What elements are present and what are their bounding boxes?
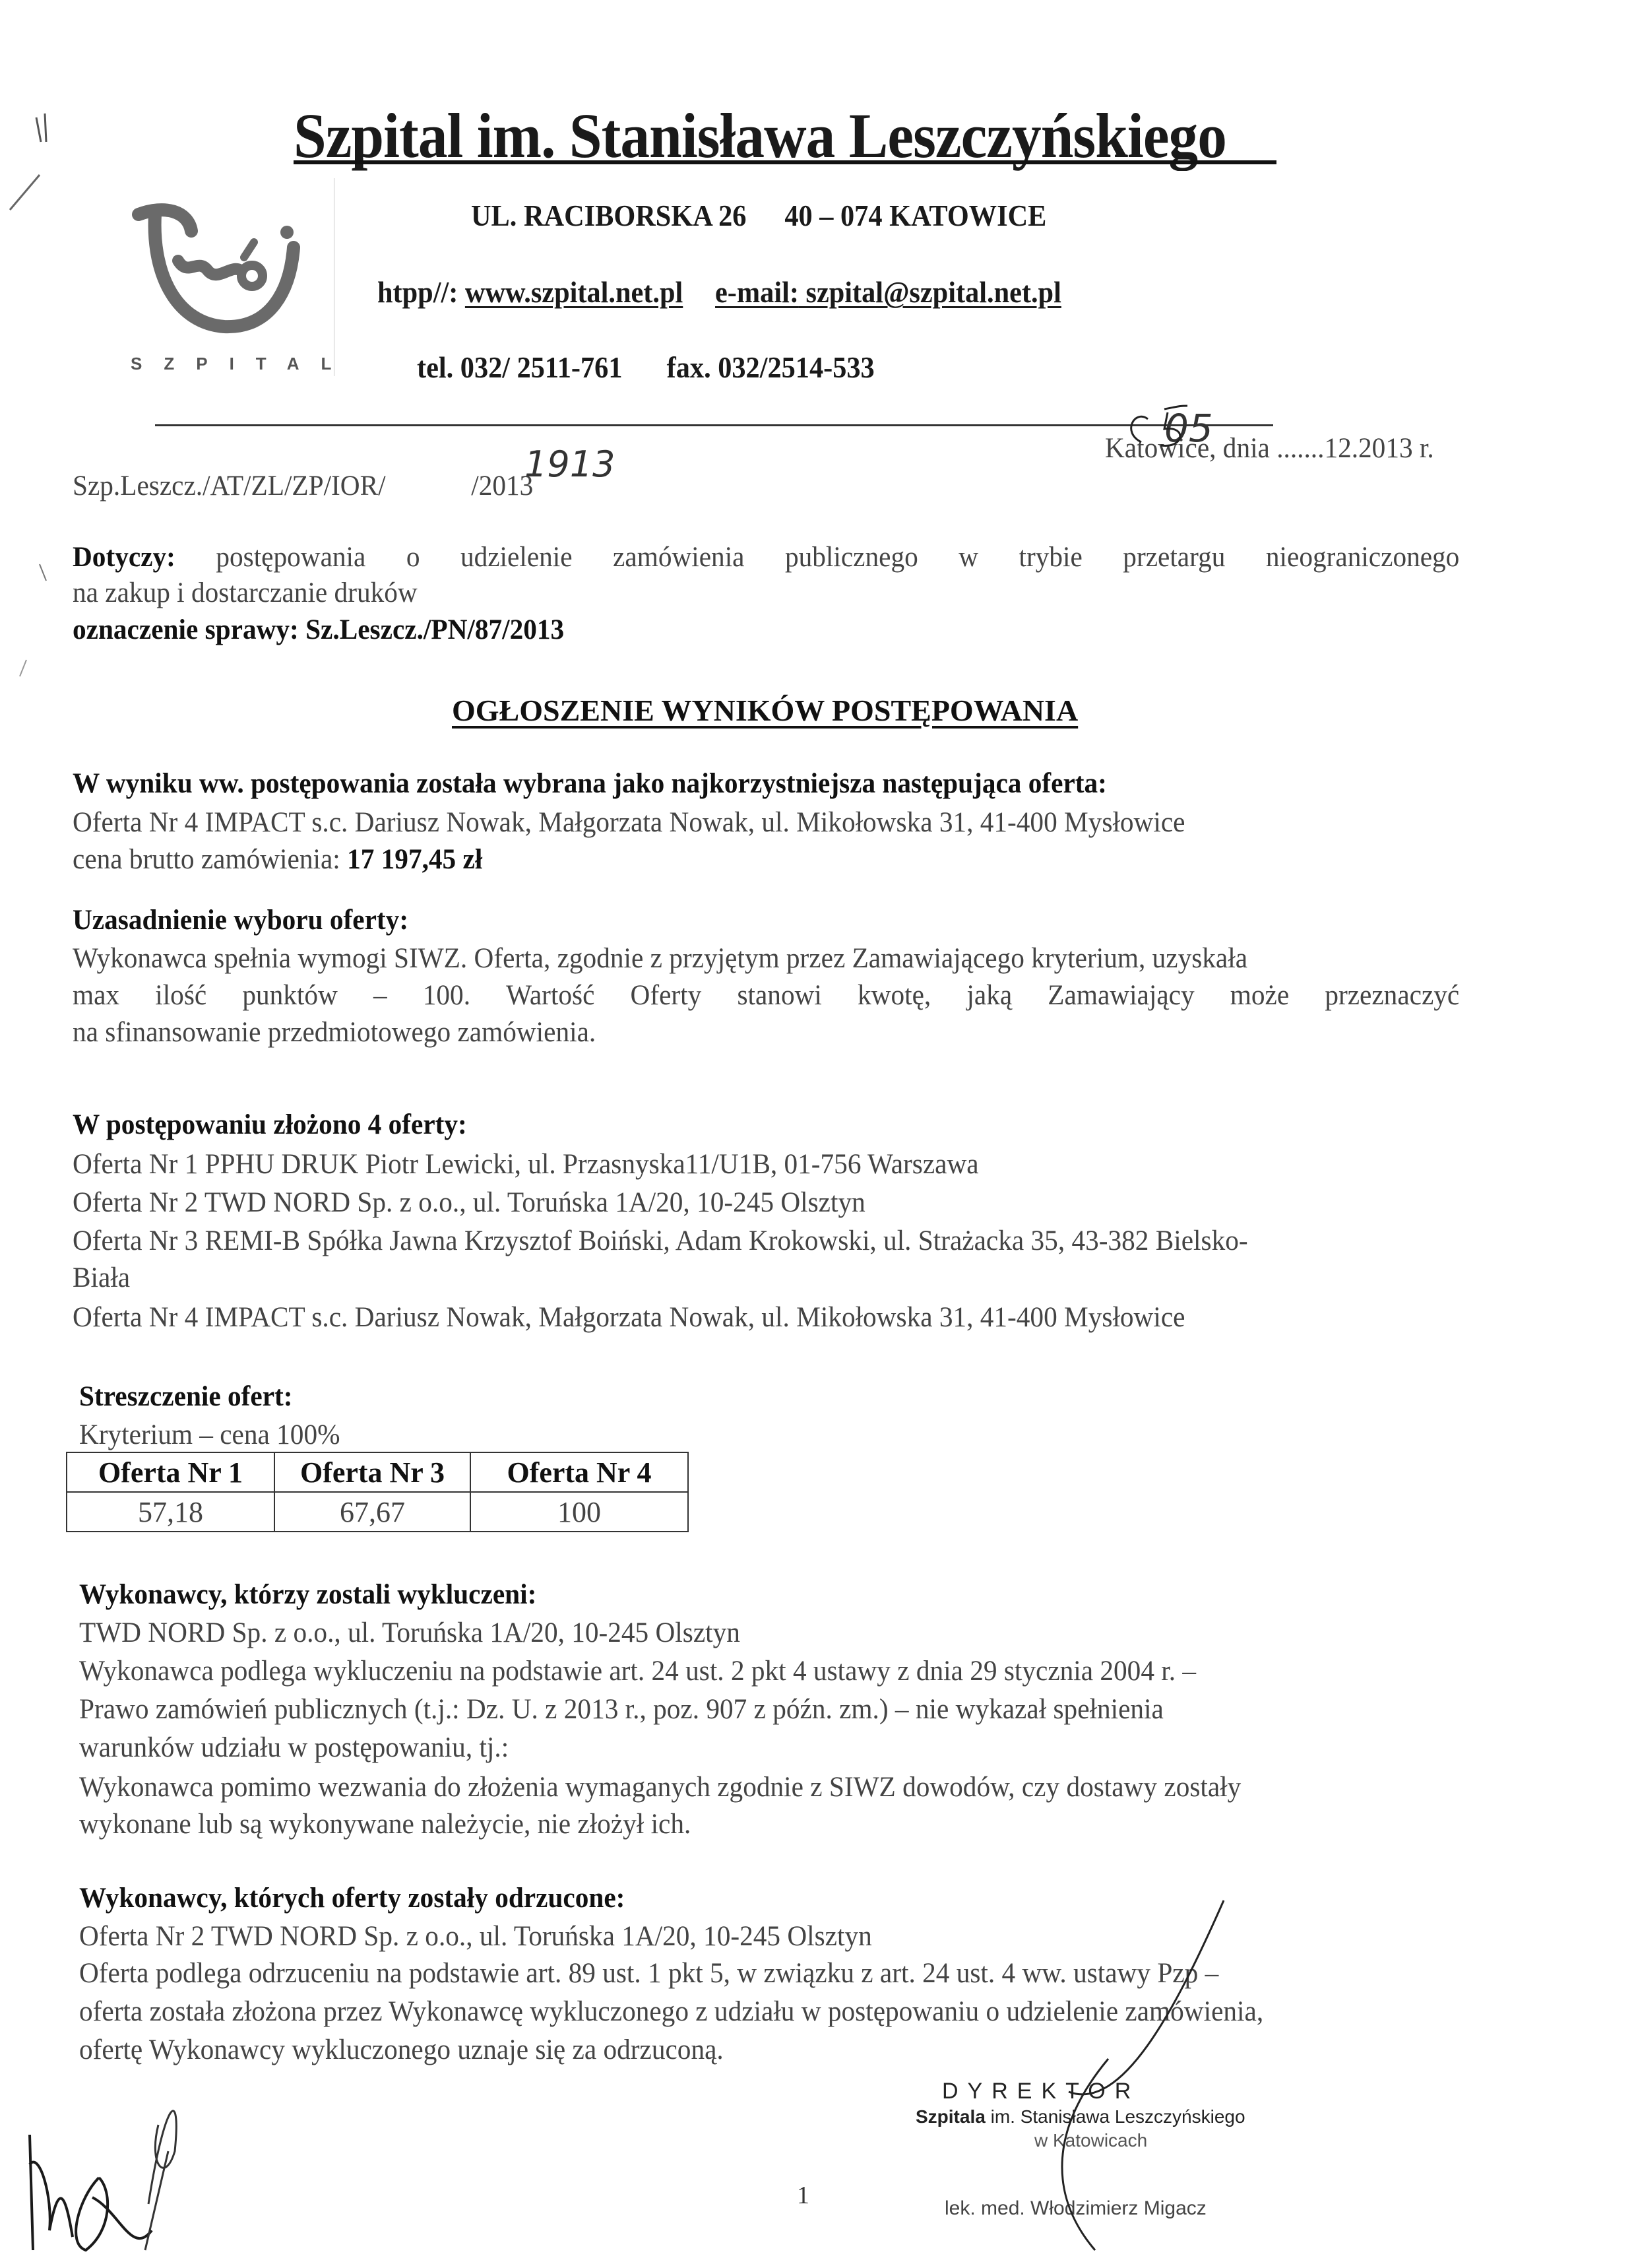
stamp-organization: Szpitala im. Stanisława Leszczyńskiego xyxy=(916,2106,1245,2127)
justification-word: Zamawiający xyxy=(1048,979,1194,1012)
case-label: oznaczenie sprawy: xyxy=(73,614,299,645)
scores-value-row: 57,18 67,67 100 xyxy=(67,1492,688,1532)
excluded-line-2: Prawo zamówień publicznych (t.j.: Dz. U.… xyxy=(79,1693,1164,1726)
date-suffix: 12.2013 r. xyxy=(1324,433,1433,464)
justification-word: jaką xyxy=(966,979,1012,1012)
excluded-company: TWD NORD Sp. z o.o., ul. Toruńska 1A/20,… xyxy=(79,1617,740,1649)
subject-line-1: Dotyczy: postępowaniaoudzieleniezamówien… xyxy=(73,541,1459,573)
justification-word: może xyxy=(1230,979,1289,1012)
justification-word: max xyxy=(73,979,119,1012)
rejected-heading: Wykonawcy, których oferty zostały odrzuc… xyxy=(79,1882,625,1914)
excluded-heading: Wykonawcy, którzy zostali wykluczeni: xyxy=(79,1578,536,1611)
header-rule xyxy=(155,424,1273,426)
justification-line-3: na sfinansowanie przedmiotowego zamówien… xyxy=(73,1016,596,1049)
fax-number: fax. 032/2514-533 xyxy=(667,350,875,384)
offer-item-3-cont: Biała xyxy=(73,1262,130,1294)
subject-word: przetargu xyxy=(1123,541,1225,573)
stamp-org-bold: Szpitala xyxy=(916,2106,986,2127)
subject-line-2: na zakup i dostarczanie druków xyxy=(73,577,418,609)
place-date: Katowice, dnia .......12.2013 r. xyxy=(1105,432,1434,465)
justification-word: – xyxy=(373,979,387,1012)
rejected-company: Oferta Nr 2 TWD NORD Sp. z o.o., ul. Tor… xyxy=(79,1920,872,1953)
rejected-line-3: ofertę Wykonawcy wykluczonego uznaje się… xyxy=(79,2034,724,2066)
contact-phone-line: tel. 032/ 2511-761 fax. 032/2514-533 xyxy=(417,350,875,385)
scores-header-cell: Oferta Nr 1 xyxy=(67,1452,274,1492)
stamp-title: DYREKTOR xyxy=(942,2079,1140,2104)
subject-word: udzielenie xyxy=(460,541,573,573)
excluded-line-4: Wykonawca pomimo wezwania do złożenia wy… xyxy=(79,1771,1241,1803)
scores-header-cell: Oferta Nr 4 xyxy=(470,1452,688,1492)
winner-offer: Oferta Nr 4 IMPACT s.c. Dariusz Nowak, M… xyxy=(73,806,1185,839)
logo-caption: SZPITAL xyxy=(131,354,353,374)
email-label: e-mail: xyxy=(715,275,799,309)
email-link[interactable]: szpital@szpital.net.pl xyxy=(806,275,1061,309)
scores-header-cell: Oferta Nr 3 xyxy=(274,1452,470,1492)
twoj-szpital-logo-icon xyxy=(125,185,343,383)
announcement-title: OGŁOSZENIE WYNIKÓW POSTĘPOWANIA xyxy=(452,693,1078,728)
price-value: 17 197,45 zł xyxy=(347,844,482,875)
offer-item-1: Oferta Nr 1 PPHU DRUK Piotr Lewicki, ul.… xyxy=(73,1148,979,1181)
web-link[interactable]: www.szpital.net.pl xyxy=(465,275,683,309)
handwritten-reference-number: 1913 xyxy=(524,443,615,485)
justification-line-1: Wykonawca spełnia wymogi SIWZ. Oferta, z… xyxy=(73,942,1247,975)
address-city: 40 – 074 KATOWICE xyxy=(784,199,1046,232)
justification-word: kwotę, xyxy=(858,979,931,1012)
subject-word: nieograniczonego xyxy=(1266,541,1459,573)
phone-number: tel. 032/ 2511-761 xyxy=(417,350,622,384)
scores-value-cell: 100 xyxy=(470,1492,688,1532)
handwritten-day: 05 xyxy=(1164,406,1213,451)
justification-word: punktów xyxy=(242,979,337,1012)
offer-item-2: Oferta Nr 2 TWD NORD Sp. z o.o., ul. Tor… xyxy=(73,1186,865,1219)
excluded-line-5: wykonane lub są wykonywane należycie, ni… xyxy=(79,1808,691,1840)
justification-word: 100. xyxy=(423,979,470,1012)
offers-heading: W postępowaniu złożono 4 oferty: xyxy=(73,1109,467,1141)
reference-number: Szp.Leszcz./AT/ZL/ZP/IOR//2013 xyxy=(73,470,533,502)
subject-word: postępowania xyxy=(216,541,365,573)
subject-word: o xyxy=(406,541,420,573)
case-number: Sz.Leszcz./PN/87/2013 xyxy=(305,614,564,645)
justification-word: stanowi xyxy=(737,979,821,1012)
subject-word: trybie xyxy=(1019,541,1083,573)
subject-word: zamówienia xyxy=(613,541,744,573)
justification-word: Oferty xyxy=(631,979,702,1012)
subject-word: w xyxy=(959,541,978,573)
excluded-line-1: Wykonawca podlega wykluczeniu na podstaw… xyxy=(79,1655,1196,1687)
summary-criterion: Kryterium – cena 100% xyxy=(79,1419,340,1451)
date-dots: ....... xyxy=(1276,433,1324,464)
rejected-line-1: Oferta podlega odrzuceniu na podstawie a… xyxy=(79,1957,1218,1990)
title-underline xyxy=(294,160,1276,164)
justification-word: przeznaczyć xyxy=(1325,979,1459,1012)
justification-word: ilość xyxy=(155,979,206,1012)
scores-table: Oferta Nr 1 Oferta Nr 3 Oferta Nr 4 57,1… xyxy=(66,1452,689,1532)
justification-word: Wartość xyxy=(506,979,594,1012)
page-number: 1 xyxy=(797,2181,809,2210)
rejected-line-2: oferta została złożona przez Wykonawcę w… xyxy=(79,1995,1263,2028)
stamp-org-rest: im. Stanisława Leszczyńskiego xyxy=(991,2106,1245,2127)
scores-value-cell: 67,67 xyxy=(274,1492,470,1532)
scores-value-cell: 57,18 xyxy=(67,1492,274,1532)
subject-label: Dotyczy: xyxy=(73,541,175,573)
scores-header-row: Oferta Nr 1 Oferta Nr 3 Oferta Nr 4 xyxy=(67,1452,688,1492)
offer-item-3: Oferta Nr 3 REMI-B Spółka Jawna Krzyszto… xyxy=(73,1225,1248,1257)
address-line: UL. RACIBORSKA 26 40 – 074 KATOWICE xyxy=(471,198,1046,233)
winner-heading: W wyniku ww. postępowania została wybran… xyxy=(73,767,1107,800)
web-label: htpp//: xyxy=(377,275,458,309)
case-number-line: oznaczenie sprawy: Sz.Leszcz./PN/87/2013 xyxy=(73,614,564,646)
excluded-line-3: warunków udziału w postępowaniu, tj.: xyxy=(79,1732,509,1764)
winner-price: cena brutto zamówienia: 17 197,45 zł xyxy=(73,843,482,876)
reference-prefix: Szp.Leszcz./AT/ZL/ZP/IOR/ xyxy=(73,470,386,502)
stamp-signatory: lek. med. Włodzimierz Migacz xyxy=(945,2197,1207,2220)
stamp-city: w Katowicach xyxy=(1034,2130,1147,2151)
contact-web-line: htpp//: www.szpital.net.pl e-mail: szpit… xyxy=(377,275,1061,309)
logo-divider xyxy=(334,178,334,376)
price-label: cena brutto zamówienia: xyxy=(73,844,340,875)
justification-line-2: maxilośćpunktów–100.WartośćOfertystanowi… xyxy=(73,979,1459,1012)
subject-word: publicznego xyxy=(785,541,918,573)
address-street: UL. RACIBORSKA 26 xyxy=(471,199,746,232)
offer-item-4: Oferta Nr 4 IMPACT s.c. Dariusz Nowak, M… xyxy=(73,1301,1185,1334)
summary-heading: Streszczenie ofert: xyxy=(79,1380,293,1413)
justification-heading: Uzasadnienie wyboru oferty: xyxy=(73,904,408,936)
